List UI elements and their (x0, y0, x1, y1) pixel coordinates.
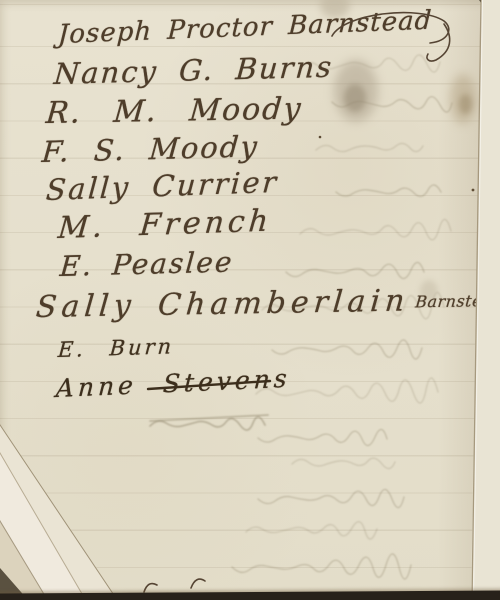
manuscript-scan: Joseph Proctor Barnstead Nancy G. Burns … (0, 0, 500, 600)
page-edge (0, 0, 500, 600)
